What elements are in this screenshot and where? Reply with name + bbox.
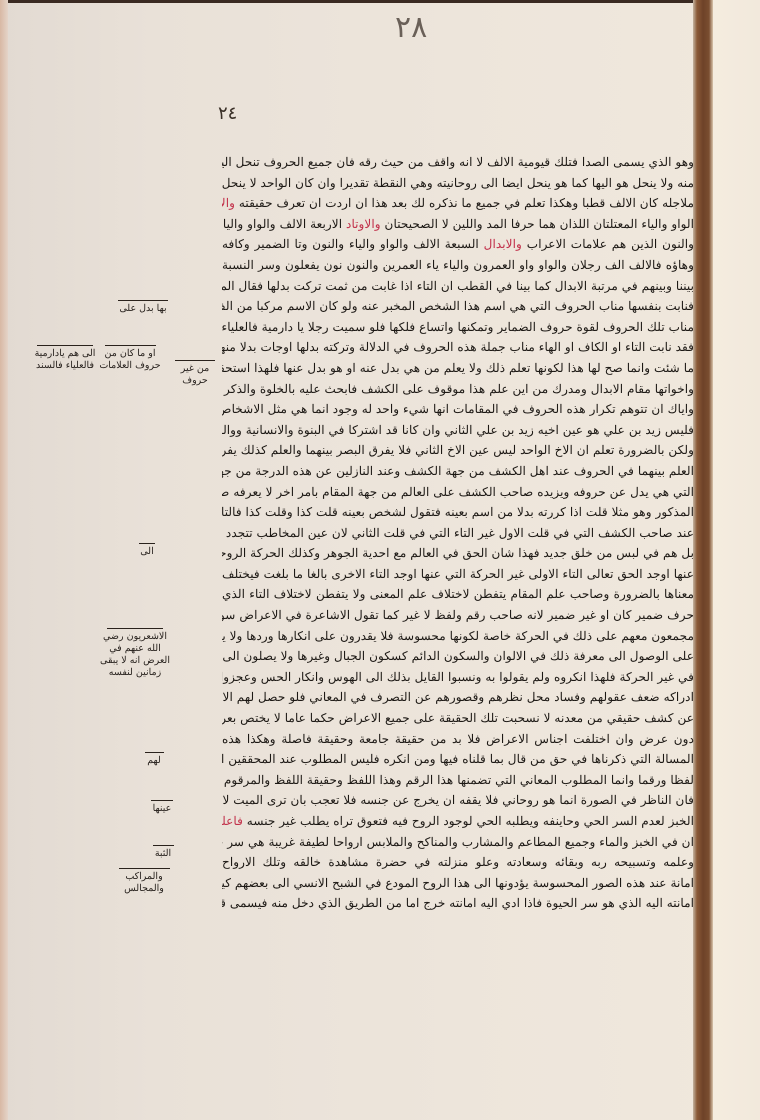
page-top-edge (0, 0, 760, 3)
text-line: بيننا وبينهم في مرتبة الابدال كما بينا ف… (222, 276, 694, 297)
line-text: على الوصول الى معرفة ذلك في الالوان والس… (222, 649, 694, 663)
margin-note-text: والمراكب والمجالس (124, 871, 164, 894)
line-text: ادراكه ضعف عقولهم وفساد محل نظرهم وقصوره… (222, 690, 694, 704)
margin-note-text: الى هم يادارمية فالعلياء فالسند (35, 348, 96, 371)
page-mark: ٢٤ (218, 103, 237, 124)
text-line: منه ولا ينحل هو اليها كما هو ينحل ايضا ا… (222, 173, 694, 194)
line-text: العلم بينهما في الحروف عند اهل الكشف من … (222, 464, 694, 478)
text-line: لفظا ورقما وانما المطلوب المعاني التي تض… (222, 770, 694, 791)
line-text: الواو والياء المعتلتان اللذان هما حرفا ا… (385, 217, 694, 231)
book-spine-gutter (693, 0, 713, 1120)
margin-note: او ما كان من حروف العلامات (98, 345, 162, 372)
text-line: وهو الذي يسمى الصدا فتلك قيومية الالف لا… (222, 152, 694, 173)
line-text: واياك ان تتوهم تكرار هذه الحروف في المقا… (222, 402, 694, 416)
margin-note: الثبة (150, 845, 176, 860)
line-text: الخبز لعدم السر الحي وحاينفه ويطلبه الحي… (247, 814, 694, 828)
correction-mark-icon (105, 345, 156, 346)
line-text: واخواتها مقام الابدال ومدرك من اين علم ه… (222, 382, 694, 396)
margin-note: الى هم يادارمية فالعلياء فالسند (30, 345, 100, 372)
text-line: ملاجله كان الالف قطبا وهكذا تعلم في جميع… (222, 193, 694, 214)
correction-mark-icon (139, 543, 155, 544)
line-text: وهاؤه فالالف الف رجلان والواو واو العمرو… (222, 258, 694, 272)
correction-mark-icon (37, 345, 93, 346)
line-text: وهو الذي يسمى الصدا فتلك قيومية الالف لا… (222, 155, 694, 169)
margin-note: والمراكب والمجالس (112, 868, 176, 895)
text-line: على الوصول الى معرفة ذلك في الالوان والس… (222, 646, 694, 667)
page-left-edge (0, 0, 8, 1120)
text-line: ولكن بالضرورة تعلم ان الاخ الواحد ليس عي… (222, 440, 694, 461)
line-text: التي هي يدل عن حروفه ويزيده صاحب الكشف ع… (222, 485, 694, 499)
text-line: مناب تلك الحروف لقوة حروف الضماير وتمكنه… (222, 317, 694, 338)
margin-note-text: الاشعريون رضي الله عنهم في العرض انه لا … (100, 631, 170, 678)
margin-note-text: الى (140, 546, 153, 557)
line-text: عند صاحب الكشف التي في قلت الاول غير الت… (222, 526, 694, 540)
text-line: المسالة التي ذكرناها في حق من قال بما قل… (222, 749, 694, 770)
text-line: ادراكه ضعف عقولهم وفساد محل نظرهم وقصوره… (222, 687, 694, 708)
line-text-continued: السبعة الالف والواو والياء والنون وتا ال… (222, 237, 479, 251)
line-text: منه ولا ينحل هو اليها كما هو ينحل ايضا ا… (222, 176, 694, 190)
text-line: عن كشف حقيقي من معدنه لا نسحبت تلك الحقي… (222, 708, 694, 729)
margin-note-text: عينها (153, 803, 172, 814)
line-text: وعلمه وتسبيحه ربه وبقائه وسعادته وعلو من… (222, 855, 694, 869)
margin-note: الاشعريون رضي الله عنهم في العرض انه لا … (100, 628, 170, 679)
line-text: فقد نابت التاء او الكاف او الهاء مناب جم… (222, 340, 694, 354)
line-text: ما شئت وانما صح لها هذا لكونها تعلم ذلك … (222, 361, 694, 375)
margin-note-text: من غير حروف (181, 363, 209, 386)
line-text: عنها اوجد الحق تعالى التاء الاولى غير ال… (222, 567, 694, 581)
correction-mark-icon (107, 628, 163, 629)
line-text: لفظا ورقما وانما المطلوب المعاني التي تض… (222, 773, 694, 787)
margin-note: لهم (142, 752, 166, 767)
correction-mark-icon (151, 800, 173, 801)
margin-note-text: بها بدل على (119, 303, 166, 314)
margin-note: من غير حروف (170, 360, 220, 387)
line-text: فليس زيد بن علي هو عين اخيه زيد بن علي ا… (222, 423, 694, 437)
line-text: مناب تلك الحروف لقوة حروف الضماير وتمكنه… (222, 320, 694, 334)
line-text: المذكور وهو مثلا قلت اذا كررته بدلا من ا… (222, 505, 694, 519)
line-text: ولكن بالضرورة تعلم ان الاخ الواحد ليس عي… (222, 443, 694, 457)
rubric-word: والاوتاد (346, 217, 381, 231)
correction-mark-icon (153, 845, 174, 846)
main-text-block: وهو الذي يسمى الصدا فتلك قيومية الالف لا… (222, 152, 694, 914)
text-line: فقد نابت التاء او الكاف او الهاء مناب جم… (222, 337, 694, 358)
text-line: وعلمه وتسبيحه ربه وبقائه وسعادته وعلو من… (222, 852, 694, 873)
line-text: ملاجله كان الالف قطبا وهكذا تعلم في جميع… (239, 196, 694, 210)
text-line: امانته اليه الذي هو سر الحيوة فاذا ادي ا… (222, 893, 694, 914)
facing-page-edge (713, 0, 760, 1120)
text-line: التي هي يدل عن حروفه ويزيده صاحب الكشف ع… (222, 482, 694, 503)
margin-note-text: او ما كان من حروف العلامات (99, 348, 160, 371)
text-line: واخواتها مقام الابدال ومدرك من اين علم ه… (222, 379, 694, 400)
text-line: ان في الخبز والماء وجميع المطاعم والمشار… (222, 832, 694, 853)
correction-mark-icon (118, 300, 168, 301)
line-text: معناها بالضرورة وصاحب علم المقام يتفطن ل… (222, 587, 694, 601)
text-line: ما شئت وانما صح لها هذا لكونها تعلم ذلك … (222, 358, 694, 379)
margin-note-text: الثبة (155, 848, 171, 859)
line-text: فان الناظر في الصورة انما هو روحاني فلا … (222, 793, 694, 807)
text-line: عنها اوجد الحق تعالى التاء الاولى غير ال… (222, 564, 694, 585)
text-line: مجمعون معهم على ذلك في الحركة خاصة لكونه… (222, 626, 694, 647)
line-text: مجمعون معهم على ذلك في الحركة خاصة لكونه… (222, 629, 694, 643)
line-text: والنون الذين هم علامات الاعراب (527, 237, 694, 251)
text-line: والنون الذين هم علامات الاعراب والابدال … (222, 234, 694, 255)
margin-note: عينها (148, 800, 176, 815)
text-line: بل هم في لبس من خلق جديد فهذا شان الحق ف… (222, 543, 694, 564)
line-text: امانة عند هذه الصور المحسوسة يؤدونها الى… (222, 876, 694, 890)
line-text: امانته اليه الذي هو سر الحيوة فاذا ادي ا… (222, 896, 694, 910)
text-line: حرف ضمير كان او غير ضمير لانه صاحب رقم و… (222, 605, 694, 626)
text-line: واياك ان تتوهم تكرار هذه الحروف في المقا… (222, 399, 694, 420)
text-line: المذكور وهو مثلا قلت اذا كررته بدلا من ا… (222, 502, 694, 523)
text-line: دون عرض وان اختلفت اجناس الاعراض فلا بد … (222, 729, 694, 750)
rubric-word: والابدال (484, 237, 522, 251)
line-text: المسالة التي ذكرناها في حق من قال بما قل… (222, 752, 694, 766)
correction-mark-icon (119, 868, 170, 869)
margin-note: الى (137, 543, 157, 558)
manuscript-page: ٢٨ ٢٤ وهو الذي يسمى الصدا فتلك قيومية ال… (0, 0, 760, 1120)
text-line: العلم بينهما في الحروف عند اهل الكشف من … (222, 461, 694, 482)
margin-note-text: لهم (147, 755, 161, 766)
line-text: عن كشف حقيقي من معدنه لا نسحبت تلك الحقي… (222, 711, 694, 725)
correction-mark-icon (175, 360, 215, 361)
line-text: في غير الحركة فلهذا انكروه ولم يقولوا به… (222, 670, 694, 684)
correction-mark-icon (145, 752, 164, 753)
text-line: في غير الحركة فلهذا انكروه ولم يقولوا به… (222, 667, 694, 688)
line-text-continued: الاربعة الالف والواو والياء (222, 217, 342, 231)
folio-number: ٢٨ (395, 10, 427, 45)
text-line: الواو والياء المعتلتان اللذان هما حرفا ا… (222, 214, 694, 235)
text-line: الخبز لعدم السر الحي وحاينفه ويطلبه الحي… (222, 811, 694, 832)
text-line: وهاؤه فالالف الف رجلان والواو واو العمرو… (222, 255, 694, 276)
text-line: معناها بالضرورة وصاحب علم المقام يتفطن ل… (222, 584, 694, 605)
text-line: فليس زيد بن علي هو عين اخيه زيد بن علي ا… (222, 420, 694, 441)
line-text: بيننا وبينهم في مرتبة الابدال كما بينا ف… (222, 279, 694, 293)
line-text: فنابت بنفسها مناب الحروف التي هي اسم هذا… (222, 299, 694, 313)
rubric-word: فاعلم (222, 814, 243, 828)
line-text: حرف ضمير كان او غير ضمير لانه صاحب رقم و… (222, 608, 694, 622)
line-text: دون عرض وان اختلفت اجناس الاعراض فلا بد … (222, 732, 694, 746)
text-line: فنابت بنفسها مناب الحروف التي هي اسم هذا… (222, 296, 694, 317)
line-text: ان في الخبز والماء وجميع المطاعم والمشار… (222, 835, 694, 849)
text-line: عند صاحب الكشف التي في قلت الاول غير الت… (222, 523, 694, 544)
rubric-word: والامامان (222, 196, 235, 210)
text-line: امانة عند هذه الصور المحسوسة يؤدونها الى… (222, 873, 694, 894)
line-text: بل هم في لبس من خلق جديد فهذا شان الحق ف… (222, 546, 694, 560)
margin-note: بها بدل على (112, 300, 174, 315)
text-line: فان الناظر في الصورة انما هو روحاني فلا … (222, 790, 694, 811)
